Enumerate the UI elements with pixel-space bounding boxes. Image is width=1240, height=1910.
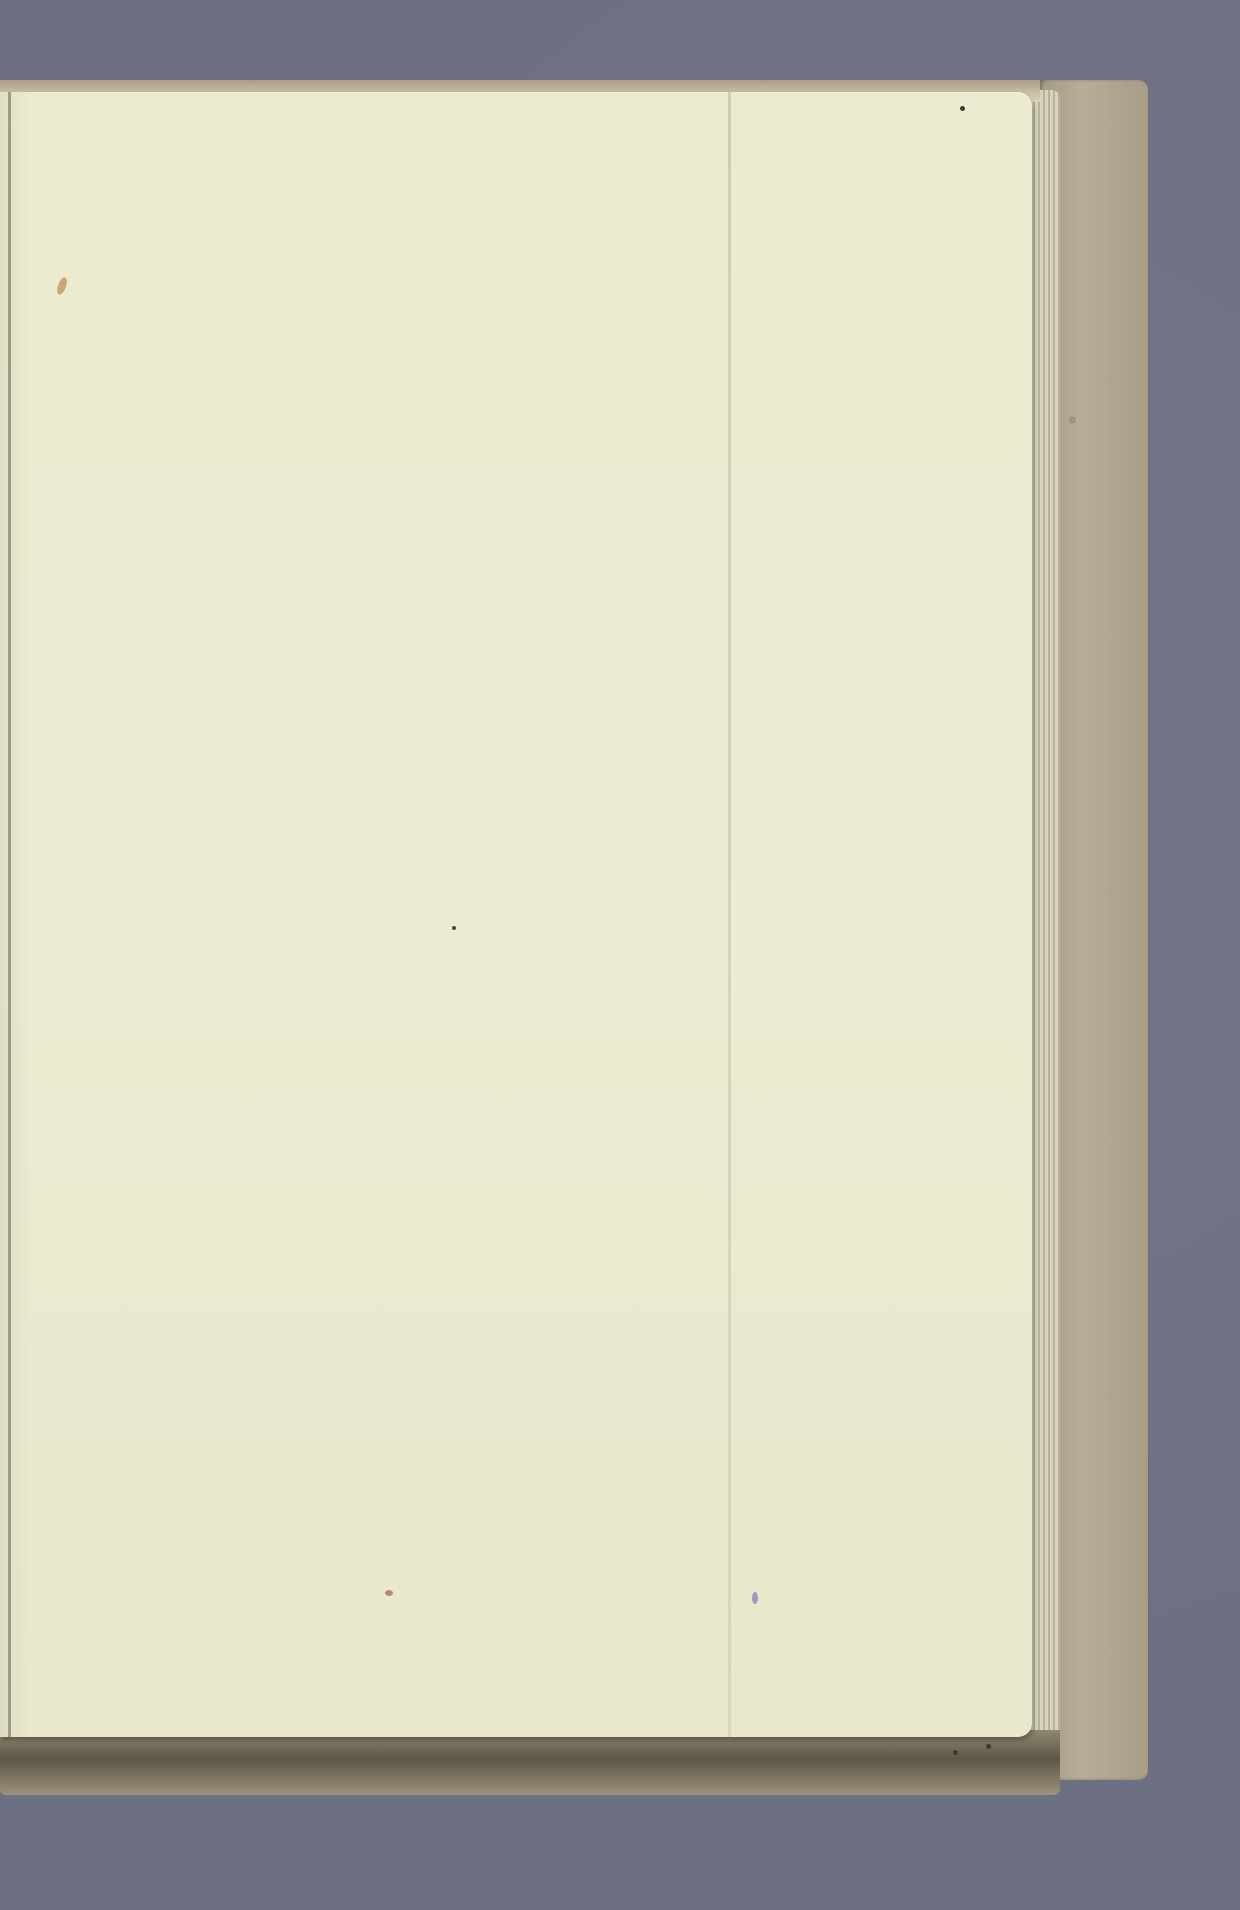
stain-mark <box>55 276 69 296</box>
blank-page <box>0 92 1032 1737</box>
stain-mark <box>385 1590 393 1596</box>
pin-hole <box>953 1750 958 1755</box>
pin-hole <box>960 106 965 111</box>
page-stack-bottom <box>0 1730 1060 1795</box>
dot-mark <box>452 926 456 930</box>
pin-hole <box>986 1744 991 1749</box>
binding-edge <box>8 92 11 1737</box>
ink-spot <box>752 1592 758 1604</box>
page-crease <box>728 92 731 1737</box>
